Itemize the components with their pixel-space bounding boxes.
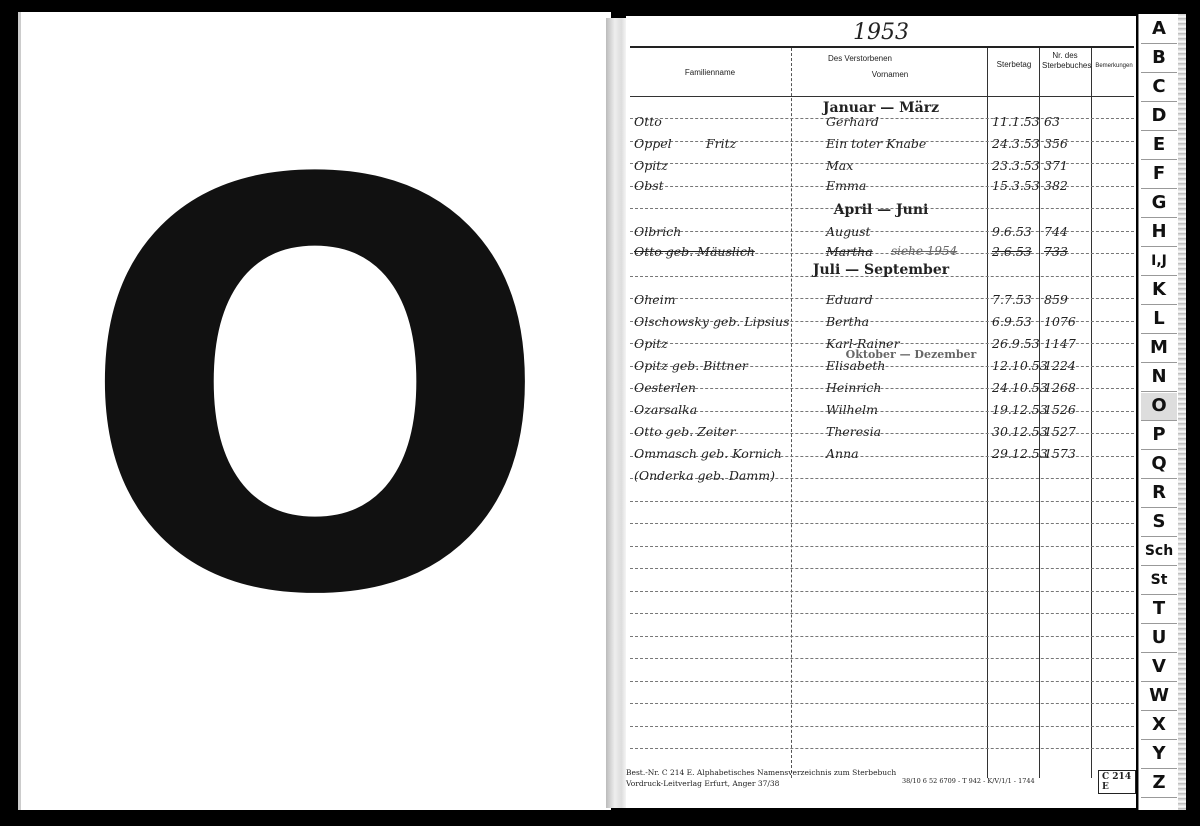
- cell-surname: Olbrich: [634, 224, 681, 239]
- cell-date: 15.3.53: [992, 178, 1040, 193]
- column-divider: [1091, 48, 1092, 778]
- year-heading: 1953: [626, 20, 1136, 45]
- cell-firstnames: Eduard: [826, 292, 873, 307]
- tab-m[interactable]: M: [1141, 335, 1177, 363]
- tab-n[interactable]: N: [1141, 364, 1177, 392]
- cell-surname: (Onderka geb. Damm): [634, 468, 775, 483]
- row-rule: [630, 546, 1134, 547]
- book-gutter: [606, 18, 628, 808]
- table-header: Des Verstorbenen Familienname Vornamen S…: [630, 48, 1134, 97]
- footer-line1: Best.-Nr. C 214 E. Alphabetisches Namens…: [626, 768, 896, 777]
- cell-date: 30.12.53: [992, 424, 1048, 439]
- row-rule: [630, 568, 1134, 569]
- cell-number: 1224: [1044, 358, 1076, 373]
- cell-firstnames: Elisabeth: [826, 358, 885, 373]
- tab-b[interactable]: B: [1141, 45, 1177, 73]
- cell-surname: Oppel: [634, 136, 672, 151]
- cell-surname: Olschowsky geb. Lipsius: [634, 314, 790, 329]
- row-rule: [630, 613, 1134, 614]
- tab-st[interactable]: St: [1141, 567, 1177, 595]
- cell-surname: Oheim: [634, 292, 676, 307]
- cell-number: 733: [1044, 244, 1068, 259]
- cell-firstnames: Martha: [826, 244, 873, 259]
- tab-t[interactable]: T: [1141, 596, 1177, 624]
- cell-surname: Opitz geb. Bittner: [634, 358, 748, 373]
- cell-number: 1268: [1044, 380, 1076, 395]
- cell-number: 859: [1044, 292, 1068, 307]
- tab-r[interactable]: R: [1141, 480, 1177, 508]
- cell-date: 12.10.53: [992, 358, 1048, 373]
- tab-s[interactable]: S: [1141, 509, 1177, 537]
- header-date: Sterbetag: [988, 60, 1040, 69]
- row-rule: [630, 748, 1134, 749]
- row-rule: [630, 591, 1134, 592]
- tab-l[interactable]: L: [1141, 306, 1177, 334]
- row-rule: [630, 658, 1134, 659]
- cell-firstnames: Gerhard: [826, 114, 879, 129]
- row-rule: [630, 726, 1134, 727]
- row-rule: [630, 501, 1134, 502]
- header-group-label: Des Verstorbenen: [730, 54, 990, 63]
- section-q2: April — Juni: [626, 202, 1136, 218]
- tab-v[interactable]: V: [1141, 654, 1177, 682]
- cell-firstnames: August: [826, 224, 871, 239]
- tab-p[interactable]: P: [1141, 422, 1177, 450]
- cell-surname: Otto: [634, 114, 662, 129]
- cell-date: 29.12.53: [992, 446, 1048, 461]
- cell-firstnames: Max: [826, 158, 853, 173]
- register-page: 1953 Des Verstorbenen Familienname Vorna…: [626, 16, 1136, 808]
- tab-g[interactable]: G: [1141, 190, 1177, 218]
- tab-ij[interactable]: I,J: [1141, 248, 1177, 276]
- section-q3: Juli — September: [626, 262, 1136, 278]
- cell-number: 1147: [1044, 336, 1076, 351]
- tab-sch[interactable]: Sch: [1141, 538, 1177, 566]
- cell-date: 11.1.53: [992, 114, 1040, 129]
- cell-firstnames: Emma: [826, 178, 866, 193]
- tab-u[interactable]: U: [1141, 625, 1177, 653]
- tab-q[interactable]: Q: [1141, 451, 1177, 479]
- cell-surname: Opitz: [634, 336, 668, 351]
- footer-print-code: 38/10 6 52 6709 - T 942 - K/V/1/1 - 1744: [902, 777, 1035, 785]
- cell-date: 24.3.53: [992, 136, 1040, 151]
- tab-edge: [1178, 14, 1186, 810]
- tab-k[interactable]: K: [1141, 277, 1177, 305]
- cell-firstnames: Heinrich: [826, 380, 881, 395]
- tab-h[interactable]: H: [1141, 219, 1177, 247]
- cell-number: 1573: [1044, 446, 1076, 461]
- cell-firstnames: Ein toter Knabe: [826, 136, 926, 151]
- cell-firstnames: Bertha: [826, 314, 869, 329]
- cell-number: 371: [1044, 158, 1068, 173]
- cell-extra: siehe 1954: [891, 244, 957, 258]
- column-divider: [987, 48, 988, 778]
- header-firstnames: Vornamen: [790, 70, 990, 79]
- footer-line2: Vordruck-Leitverlag Erfurt, Anger 37/38: [626, 779, 779, 788]
- cell-number: 1527: [1044, 424, 1076, 439]
- cell-firstnames: Wilhelm: [826, 402, 878, 417]
- row-rule: [630, 523, 1134, 524]
- row-rule: [630, 681, 1134, 682]
- cell-surname: Oesterlen: [634, 380, 696, 395]
- cell-firstnames: Karl-Rainer: [826, 336, 900, 351]
- index-letter: O: [77, 152, 507, 632]
- tab-w[interactable]: W: [1141, 683, 1177, 711]
- tab-c[interactable]: C: [1141, 74, 1177, 102]
- column-divider: [791, 48, 792, 778]
- header-remarks: Bemerkungen: [1088, 63, 1140, 69]
- cell-surname: Otto geb. Zeiter: [634, 424, 736, 439]
- cell-number: 382: [1044, 178, 1068, 193]
- tab-a[interactable]: A: [1141, 16, 1177, 44]
- tab-o[interactable]: O: [1141, 393, 1177, 421]
- cell-number: 1526: [1044, 402, 1076, 417]
- cell-extra: Fritz: [706, 136, 736, 151]
- form-id-box: C 214 E: [1098, 770, 1136, 794]
- header-surname: Familienname: [630, 68, 790, 77]
- cell-number: 356: [1044, 136, 1068, 151]
- cell-surname: Otto geb. Mäuslich: [634, 244, 755, 259]
- alphabet-tabs: ABCDEFGHI,JKLMNOPQRSSchStTUVWXYZ: [1138, 14, 1179, 810]
- cell-date: 24.10.53: [992, 380, 1048, 395]
- cell-firstnames: Theresia: [826, 424, 881, 439]
- cell-number: 1076: [1044, 314, 1076, 329]
- cell-surname: Ommasch geb. Kornich: [634, 446, 782, 461]
- cell-surname: Obst: [634, 178, 664, 193]
- cell-date: 6.9.53: [992, 314, 1032, 329]
- row-rule: [630, 703, 1134, 704]
- cell-date: 19.12.53: [992, 402, 1048, 417]
- left-page: O: [18, 12, 611, 810]
- cell-firstnames: Anna: [826, 446, 859, 461]
- tab-d[interactable]: D: [1141, 103, 1177, 131]
- cell-number: 744: [1044, 224, 1068, 239]
- cell-number: 63: [1044, 114, 1060, 129]
- cell-date: 2.6.53: [992, 244, 1032, 259]
- cell-date: 7.7.53: [992, 292, 1032, 307]
- tab-y[interactable]: Y: [1141, 741, 1177, 769]
- header-number: Nr. des Sterbebuches: [1042, 51, 1088, 71]
- cell-date: 23.3.53: [992, 158, 1040, 173]
- tab-e[interactable]: E: [1141, 132, 1177, 160]
- tab-z[interactable]: Z: [1141, 770, 1177, 798]
- row-rule: [630, 636, 1134, 637]
- cell-date: 26.9.53: [992, 336, 1040, 351]
- tab-x[interactable]: X: [1141, 712, 1177, 740]
- cell-date: 9.6.53: [992, 224, 1032, 239]
- tab-f[interactable]: F: [1141, 161, 1177, 189]
- cell-surname: Opitz: [634, 158, 668, 173]
- cell-surname: Ozarsalka: [634, 402, 697, 417]
